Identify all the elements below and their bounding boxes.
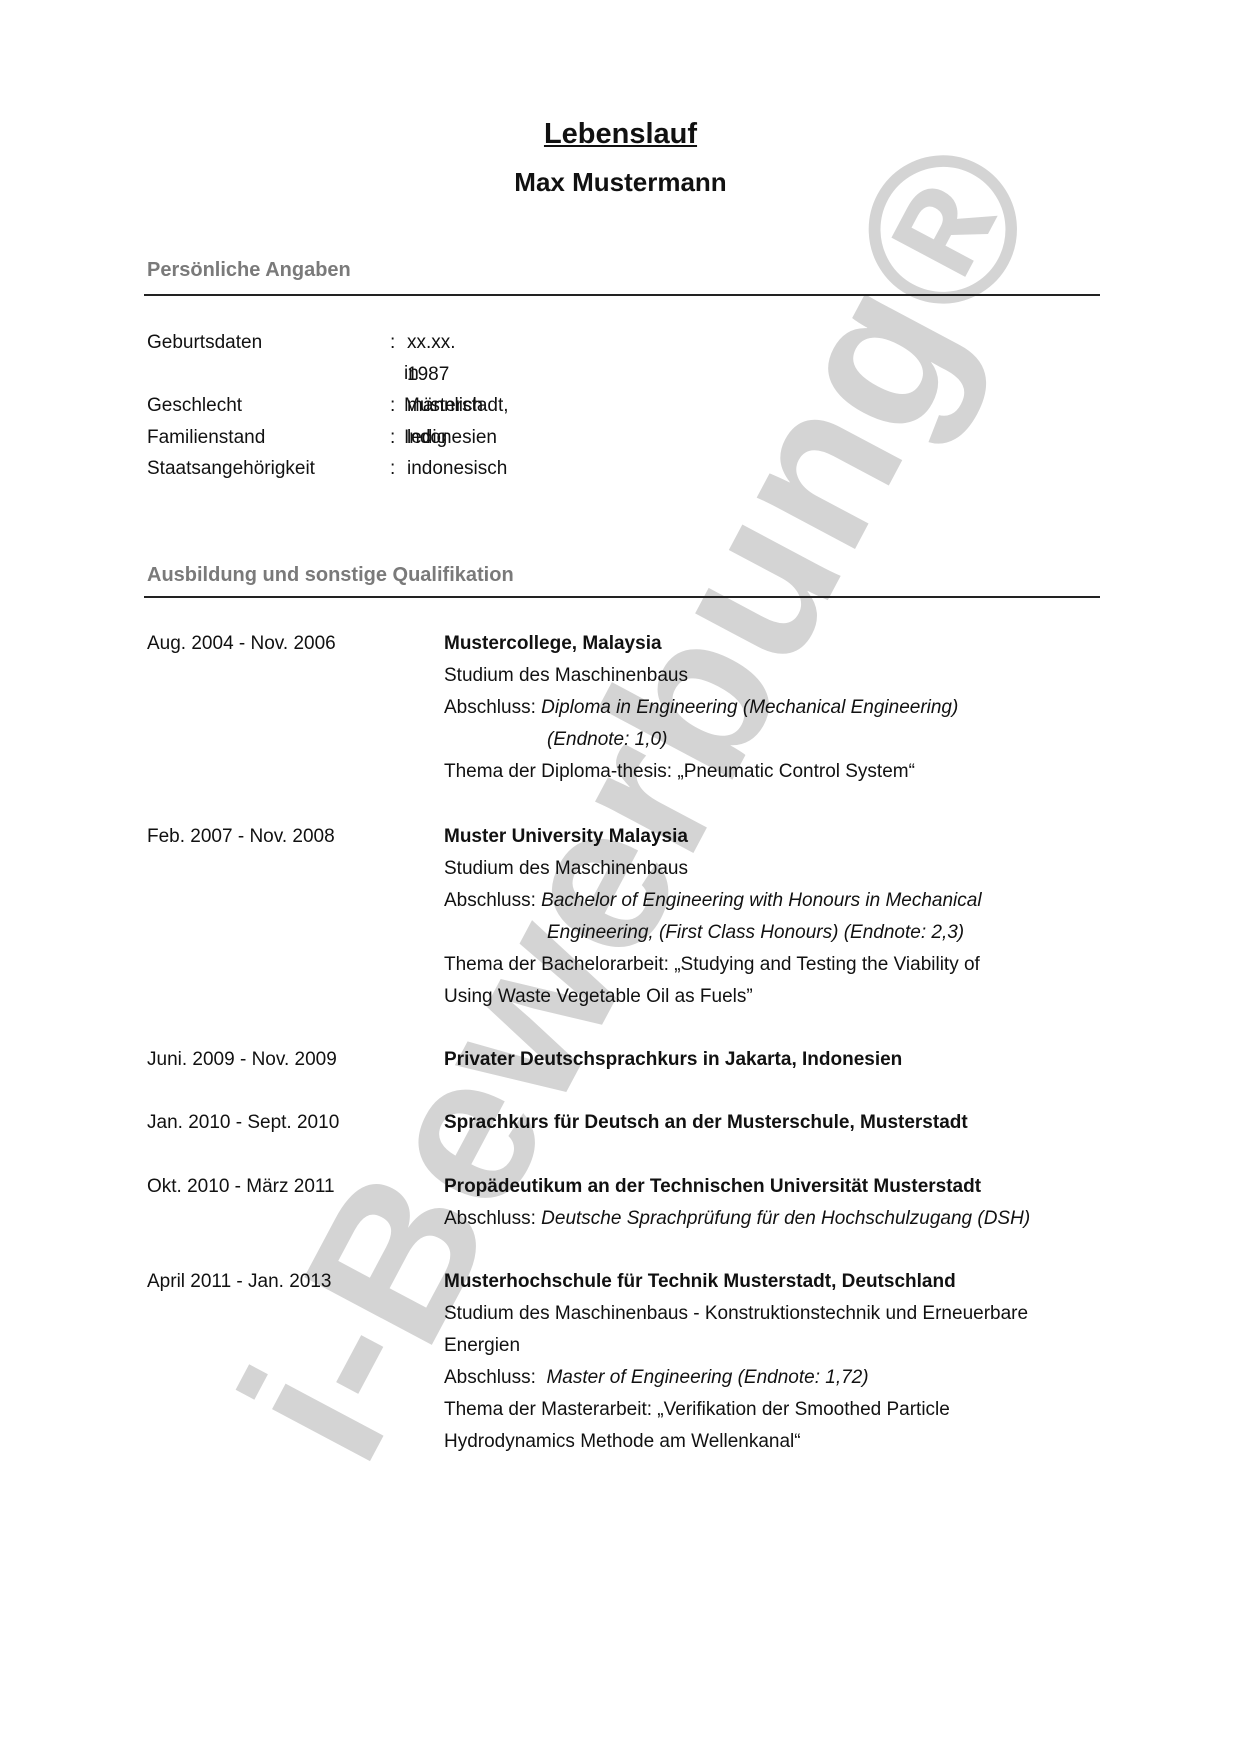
degree-label: Abschluss: bbox=[444, 890, 541, 911]
field-label: Geschlecht bbox=[147, 390, 242, 422]
degree: Abschluss: Diploma in Engineering (Mecha… bbox=[444, 692, 1104, 724]
education-entry: Propädeutikum an der Technischen Univers… bbox=[444, 1171, 1104, 1235]
study-field-continued: Energien bbox=[444, 1330, 1104, 1362]
thesis: Thema der Masterarbeit: „Verifikation de… bbox=[444, 1394, 1104, 1426]
degree-title: Master of Engineering (Endnote: 1,72) bbox=[546, 1367, 868, 1388]
field-label: Staatsangehörigkeit bbox=[147, 453, 315, 485]
entry-date: April 2011 - Jan. 2013 bbox=[147, 1266, 332, 1298]
study-field: Studium des Maschinenbaus - Konstruktion… bbox=[444, 1298, 1104, 1330]
person-name: Max Mustermann bbox=[0, 167, 1241, 198]
institution: Propädeutikum an der Technischen Univers… bbox=[444, 1171, 1104, 1203]
education-entry: Privater Deutschsprachkurs in Jakarta, I… bbox=[444, 1044, 1104, 1076]
entry-date: Okt. 2010 - März 2011 bbox=[147, 1171, 335, 1203]
colon: : bbox=[390, 453, 395, 485]
study-field: Studium des Maschinenbaus bbox=[444, 660, 1104, 692]
degree: Abschluss: Bachelor of Engineering with … bbox=[444, 885, 1104, 917]
education-entry: Mustercollege, Malaysia Studium des Masc… bbox=[444, 628, 1104, 788]
education-entry: Sprachkurs für Deutsch an der Musterschu… bbox=[444, 1107, 1104, 1139]
thesis-continued: Hydrodynamics Methode am Wellenkanal“ bbox=[444, 1426, 1104, 1458]
institution: Muster University Malaysia bbox=[444, 821, 1104, 853]
degree: Abschluss: Master of Engineering (Endnot… bbox=[444, 1362, 1104, 1394]
colon: : bbox=[390, 390, 395, 422]
education-entry: Muster University Malaysia Studium des M… bbox=[444, 821, 1104, 1013]
field-label: Familienstand bbox=[147, 422, 265, 454]
thesis: Thema der Diploma-thesis: „Pneumatic Con… bbox=[444, 756, 1104, 788]
degree-label: Abschluss: bbox=[444, 697, 541, 718]
degree-grade: (Endnote: 1,0) bbox=[547, 729, 667, 750]
institution: Privater Deutschsprachkurs in Jakarta, I… bbox=[444, 1044, 1104, 1076]
field-value: indonesisch bbox=[407, 453, 507, 485]
degree-label: Abschluss: bbox=[444, 1208, 541, 1229]
thesis-continued: Using Waste Vegetable Oil as Fuels” bbox=[444, 981, 1104, 1013]
section-heading-personal: Persönliche Angaben bbox=[147, 259, 351, 282]
colon: : bbox=[390, 422, 395, 454]
degree-label: Abschluss: bbox=[444, 1367, 546, 1388]
degree-title: Deutsche Sprachprüfung für den Hochschul… bbox=[541, 1208, 1030, 1229]
entry-date: Feb. 2007 - Nov. 2008 bbox=[147, 821, 335, 853]
study-field: Studium des Maschinenbaus bbox=[444, 853, 1104, 885]
degree-title: Diploma in Engineering (Mechanical Engin… bbox=[541, 697, 958, 718]
degree-continued: (Endnote: 1,0) bbox=[444, 724, 1104, 756]
entry-date: Jan. 2010 - Sept. 2010 bbox=[147, 1107, 339, 1139]
cv-page: Lebenslauf Max Mustermann Persönliche An… bbox=[0, 0, 1241, 1755]
institution: Musterhochschule für Technik Musterstadt… bbox=[444, 1266, 1104, 1298]
section-divider bbox=[144, 596, 1100, 598]
institution: Sprachkurs für Deutsch an der Musterschu… bbox=[444, 1107, 1104, 1139]
section-heading-education: Ausbildung und sonstige Qualifikation bbox=[147, 564, 514, 587]
thesis: Thema der Bachelorarbeit: „Studying and … bbox=[444, 949, 1104, 981]
degree-grade: Engineering, (First Class Honours) (Endn… bbox=[547, 922, 964, 943]
degree: Abschluss: Deutsche Sprachprüfung für de… bbox=[444, 1203, 1104, 1235]
document-title: Lebenslauf bbox=[0, 118, 1241, 151]
entry-date: Aug. 2004 - Nov. 2006 bbox=[147, 628, 336, 660]
colon: : bbox=[390, 327, 395, 359]
institution: Mustercollege, Malaysia bbox=[444, 628, 1104, 660]
field-value: männlich bbox=[407, 390, 483, 422]
education-entry: Musterhochschule für Technik Musterstadt… bbox=[444, 1266, 1104, 1458]
entry-date: Juni. 2009 - Nov. 2009 bbox=[147, 1044, 337, 1076]
degree-continued: Engineering, (First Class Honours) (Endn… bbox=[444, 917, 1104, 949]
field-value: ledig bbox=[407, 422, 447, 454]
degree-title: Bachelor of Engineering with Honours in … bbox=[541, 890, 981, 911]
field-label: Geburtsdaten bbox=[147, 327, 262, 359]
section-divider bbox=[144, 294, 1100, 296]
